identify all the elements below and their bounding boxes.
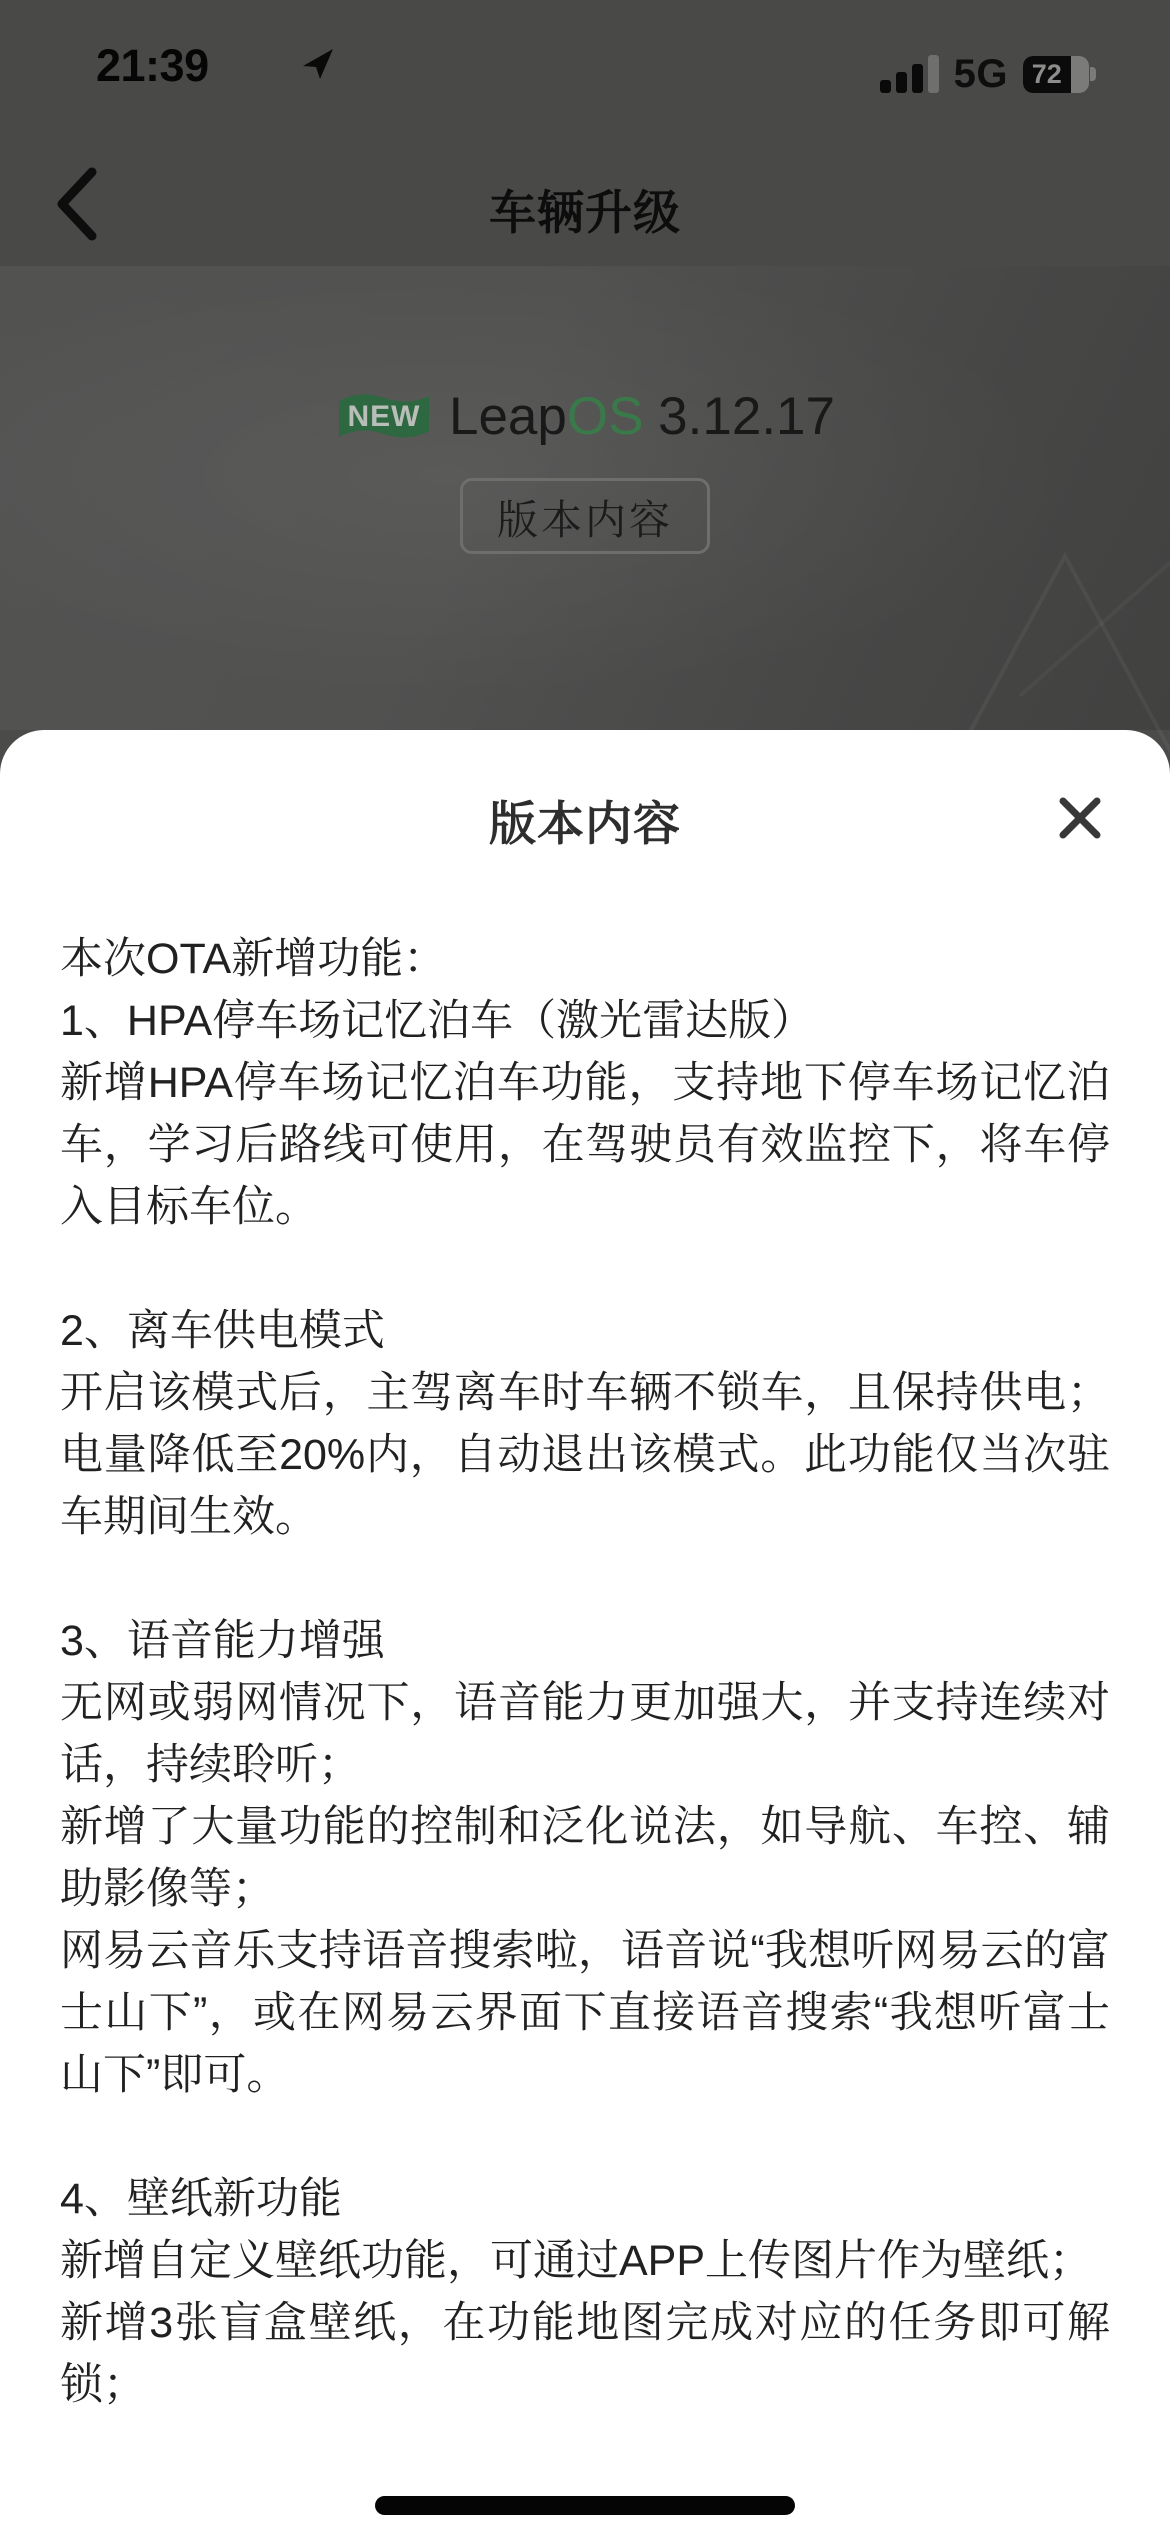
version-content-modal: 版本内容 本次OTA新增功能： 1、HPA停车场记忆泊车（激光雷达版） 新增HP… (0, 730, 1170, 2532)
release-note-section: 2、离车供电模式 开启该模式后，主驾离车时车辆不锁车，且保持供电；电量降低至20… (60, 1300, 1110, 1548)
status-bar-right-cluster: 5G 72 (880, 52, 1096, 96)
version-row: NEW LeapOS 3.12.17 (0, 386, 1170, 446)
new-badge-label: NEW (335, 391, 433, 441)
home-indicator[interactable] (375, 2496, 795, 2515)
status-bar: 21:39 5G 72 (0, 0, 1170, 130)
cellular-signal-icon (880, 55, 939, 93)
location-arrow-icon (300, 46, 336, 82)
os-version-text: LeapOS 3.12.17 (449, 386, 835, 447)
os-name-prefix: Leap (449, 387, 567, 446)
modal-title: 版本内容 (0, 796, 1170, 852)
phone-screen: NEW LeapOS 3.12.17 版本内容 21:39 5G 72 (0, 0, 1170, 2532)
network-type-label: 5G (954, 52, 1008, 97)
version-content-button[interactable]: 版本内容 (460, 478, 710, 554)
clock-text: 21:39 (96, 40, 209, 92)
new-badge: NEW (335, 391, 433, 441)
release-note-section: 本次OTA新增功能： 1、HPA停车场记忆泊车（激光雷达版） 新增HPA停车场记… (60, 928, 1110, 1238)
update-hero-section: NEW LeapOS 3.12.17 版本内容 (0, 266, 1170, 730)
battery-cap (1090, 67, 1096, 81)
battery-icon: 72 (1023, 56, 1096, 93)
os-name-accent: OS (567, 387, 644, 446)
release-note-section: 4、壁纸新功能 新增自定义壁纸功能，可通过APP上传图片作为壁纸； 新增3张盲盒… (60, 2168, 1110, 2416)
close-icon (1057, 795, 1103, 841)
page-title: 车辆升级 (0, 176, 1170, 243)
release-notes-body: 本次OTA新增功能： 1、HPA停车场记忆泊车（激光雷达版） 新增HPA停车场记… (0, 852, 1170, 2416)
battery-percent-text: 72 (1023, 56, 1071, 93)
modal-close-button[interactable] (1052, 790, 1108, 846)
modal-header: 版本内容 (0, 730, 1170, 852)
os-version-number: 3.12.17 (643, 387, 835, 446)
release-note-section: 3、语音能力增强 无网或弱网情况下，语音能力更加强大，并支持连续对话，持续聆听；… (60, 1610, 1110, 2106)
